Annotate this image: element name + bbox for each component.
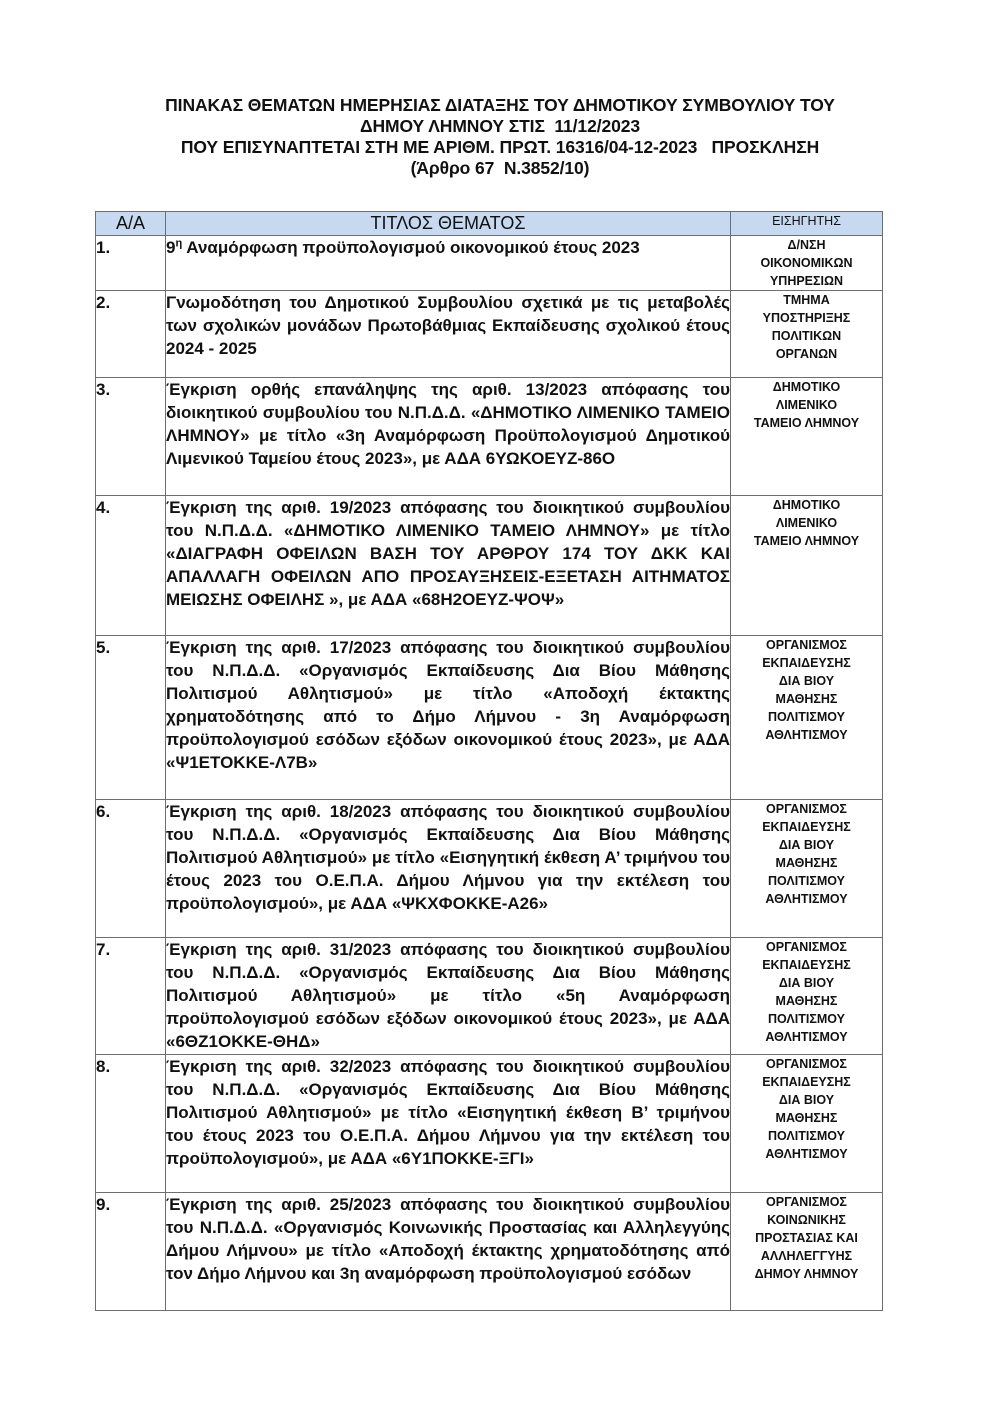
rapporteur-line: ΟΡΓΑΝΙΣΜΟΣ [731,938,882,956]
row-subject: 9η Αναμόρφωση προϋπολογισμού οικονομικού… [166,236,731,291]
agenda-table-body: 1.9η Αναμόρφωση προϋπολογισμού οικονομικ… [96,236,883,1311]
rapporteur-line: ΜΑΘΗΣΗΣ [731,690,882,708]
rapporteur-line: ΛΙΜΕΝΙΚΟ [731,514,882,532]
rapporteur-line: ΛΙΜΕΝΙΚΟ [731,396,882,414]
row-number: 4. [96,496,166,636]
table-row: 4.Έγκριση της αριθ. 19/2023 απόφασης του… [96,496,883,636]
table-row: 8.Έγκριση της αριθ. 32/2023 απόφασης του… [96,1055,883,1193]
table-row: 7.Έγκριση της αριθ. 31/2023 απόφασης του… [96,938,883,1055]
row-rapporteur: Δ/ΝΣΗΟΙΚΟΝΟΜΙΚΩΝΥΠΗΡΕΣΙΩΝ [731,236,883,291]
rapporteur-line: ΜΑΘΗΣΗΣ [731,992,882,1010]
title-line-1: ΠΙΝΑΚΑΣ ΘΕΜΑΤΩΝ ΗΜΕΡΗΣΙΑΣ ΔΙΑΤΑΞΗΣ ΤΟΥ Δ… [60,95,940,116]
rapporteur-line: ΠΡΟΣΤΑΣΙΑΣ ΚΑΙ [731,1229,882,1247]
rapporteur-line: ΕΚΠΑΙΔΕΥΣΗΣ [731,654,882,672]
rapporteur-line: ΑΘΛΗΤΙΣΜΟΥ [731,890,882,908]
row-rapporteur: ΤΜΗΜΑΥΠΟΣΤΗΡΙΞΗΣΠΟΛΙΤΙΚΩΝΟΡΓΑΝΩΝ [731,291,883,378]
row-rapporteur: ΔΗΜΟΤΙΚΟΛΙΜΕΝΙΚΟΤΑΜΕΙΟ ΛΗΜΝΟΥ [731,496,883,636]
row-subject: Έγκριση της αριθ. 19/2023 απόφασης του δ… [166,496,731,636]
rapporteur-line: ΑΘΛΗΤΙΣΜΟΥ [731,726,882,744]
rapporteur-line: ΟΡΓΑΝΙΣΜΟΣ [731,1055,882,1073]
rapporteur-line: ΤΜΗΜΑ [731,291,882,309]
row-number: 3. [96,378,166,496]
title-line-2: ΔΗΜΟΥ ΛΗΜΝΟΥ ΣΤΙΣ 11/12/2023 [60,116,940,137]
column-header-subject: ΤΙΤΛΟΣ ΘΕΜΑΤΟΣ [166,212,731,236]
rapporteur-line: ΔΗΜΟΥ ΛΗΜΝΟΥ [731,1265,882,1283]
rapporteur-line: ΔΙΑ ΒΙΟΥ [731,1091,882,1109]
table-row: 3.Έγκριση ορθής επανάληψης της αριθ. 13/… [96,378,883,496]
row-rapporteur: ΟΡΓΑΝΙΣΜΟΣΕΚΠΑΙΔΕΥΣΗΣΔΙΑ ΒΙΟΥΜΑΘΗΣΗΣΠΟΛΙ… [731,800,883,938]
row-rapporteur: ΔΗΜΟΤΙΚΟΛΙΜΕΝΙΚΟΤΑΜΕΙΟ ΛΗΜΝΟΥ [731,378,883,496]
row-subject: Έγκριση της αριθ. 17/2023 απόφασης του δ… [166,636,731,800]
document-title: ΠΙΝΑΚΑΣ ΘΕΜΑΤΩΝ ΗΜΕΡΗΣΙΑΣ ΔΙΑΤΑΞΗΣ ΤΟΥ Δ… [60,95,940,179]
rapporteur-line: Δ/ΝΣΗ [731,236,882,254]
rapporteur-line: ΟΡΓΑΝΙΣΜΟΣ [731,636,882,654]
table-row: 9.Έγκριση της αριθ. 25/2023 απόφασης του… [96,1193,883,1311]
table-header-row: Α/Α ΤΙΤΛΟΣ ΘΕΜΑΤΟΣ ΕΙΣΗΓΗΤΗΣ [96,212,883,236]
rapporteur-line: ΟΡΓΑΝΙΣΜΟΣ [731,800,882,818]
rapporteur-line: ΔΙΑ ΒΙΟΥ [731,974,882,992]
row-number: 7. [96,938,166,1055]
row-subject: Έγκριση της αριθ. 32/2023 απόφασης του δ… [166,1055,731,1193]
row-subject: Έγκριση της αριθ. 31/2023 απόφασης του δ… [166,938,731,1055]
row-rapporteur: ΟΡΓΑΝΙΣΜΟΣΕΚΠΑΙΔΕΥΣΗΣΔΙΑ ΒΙΟΥΜΑΘΗΣΗΣΠΟΛΙ… [731,636,883,800]
agenda-table: Α/Α ΤΙΤΛΟΣ ΘΕΜΑΤΟΣ ΕΙΣΗΓΗΤΗΣ 1.9η Αναμόρ… [95,211,883,1311]
table-row: 1.9η Αναμόρφωση προϋπολογισμού οικονομικ… [96,236,883,291]
subject-text: Αναμόρφωση προϋπολογισμού οικονομικού έτ… [182,238,640,257]
rapporteur-line: ΟΙΚΟΝΟΜΙΚΩΝ [731,254,882,272]
rapporteur-line: ΠΟΛΙΤΙΣΜΟΥ [731,1010,882,1028]
rapporteur-line: ΚΟΙΝΩΝΙΚΗΣ [731,1211,882,1229]
rapporteur-line: ΜΑΘΗΣΗΣ [731,1109,882,1127]
row-number: 2. [96,291,166,378]
rapporteur-line: ΔΙΑ ΒΙΟΥ [731,836,882,854]
rapporteur-line: ΕΚΠΑΙΔΕΥΣΗΣ [731,818,882,836]
row-rapporteur: ΟΡΓΑΝΙΣΜΟΣΕΚΠΑΙΔΕΥΣΗΣΔΙΑ ΒΙΟΥΜΑΘΗΣΗΣΠΟΛΙ… [731,1055,883,1193]
row-rapporteur: ΟΡΓΑΝΙΣΜΟΣΕΚΠΑΙΔΕΥΣΗΣΔΙΑ ΒΙΟΥΜΑΘΗΣΗΣΠΟΛΙ… [731,938,883,1055]
rapporteur-line: ΔΗΜΟΤΙΚΟ [731,496,882,514]
row-number: 8. [96,1055,166,1193]
title-line-4: (Άρθρο 67 Ν.3852/10) [60,158,940,179]
rapporteur-line: ΟΡΓΑΝΩΝ [731,345,882,363]
rapporteur-line: ΑΛΛΗΛΕΓΓΥΗΣ [731,1247,882,1265]
row-subject: Έγκριση της αριθ. 18/2023 απόφασης του δ… [166,800,731,938]
row-number: 9. [96,1193,166,1311]
row-subject: Έγκριση της αριθ. 25/2023 απόφασης του δ… [166,1193,731,1311]
rapporteur-line: ΔΗΜΟΤΙΚΟ [731,378,882,396]
rapporteur-line: ΜΑΘΗΣΗΣ [731,854,882,872]
table-row: 6.Έγκριση της αριθ. 18/2023 απόφασης του… [96,800,883,938]
rapporteur-line: ΑΘΛΗΤΙΣΜΟΥ [731,1028,882,1046]
rapporteur-line: ΕΚΠΑΙΔΕΥΣΗΣ [731,956,882,974]
row-rapporteur: ΟΡΓΑΝΙΣΜΟΣΚΟΙΝΩΝΙΚΗΣΠΡΟΣΤΑΣΙΑΣ ΚΑΙΑΛΛΗΛΕ… [731,1193,883,1311]
rapporteur-line: ΤΑΜΕΙΟ ΛΗΜΝΟΥ [731,414,882,432]
rapporteur-line: ΠΟΛΙΤΙΚΩΝ [731,327,882,345]
row-subject: Γνωμοδότηση του Δημοτικού Συμβουλίου σχε… [166,291,731,378]
rapporteur-line: ΥΠΗΡΕΣΙΩΝ [731,272,882,290]
rapporteur-line: ΕΚΠΑΙΔΕΥΣΗΣ [731,1073,882,1091]
rapporteur-line: ΑΘΛΗΤΙΣΜΟΥ [731,1145,882,1163]
row-number: 6. [96,800,166,938]
table-row: 2.Γνωμοδότηση του Δημοτικού Συμβουλίου σ… [96,291,883,378]
row-number: 5. [96,636,166,800]
rapporteur-line: ΥΠΟΣΤΗΡΙΞΗΣ [731,309,882,327]
rapporteur-line: ΠΟΛΙΤΙΣΜΟΥ [731,1127,882,1145]
column-header-rapporteur: ΕΙΣΗΓΗΤΗΣ [731,212,883,236]
rapporteur-line: ΠΟΛΙΤΙΣΜΟΥ [731,708,882,726]
row-subject: Έγκριση ορθής επανάληψης της αριθ. 13/20… [166,378,731,496]
rapporteur-line: ΤΑΜΕΙΟ ΛΗΜΝΟΥ [731,532,882,550]
rapporteur-line: ΔΙΑ ΒΙΟΥ [731,672,882,690]
column-header-number: Α/Α [96,212,166,236]
table-row: 5.Έγκριση της αριθ. 17/2023 απόφασης του… [96,636,883,800]
row-number: 1. [96,236,166,291]
title-line-3: ΠΟΥ ΕΠΙΣΥΝΑΠΤΕΤΑΙ ΣΤΗ ΜΕ ΑΡΙΘΜ. ΠΡΩΤ. 16… [60,137,940,158]
rapporteur-line: ΠΟΛΙΤΙΣΜΟΥ [731,872,882,890]
rapporteur-line: ΟΡΓΑΝΙΣΜΟΣ [731,1193,882,1211]
